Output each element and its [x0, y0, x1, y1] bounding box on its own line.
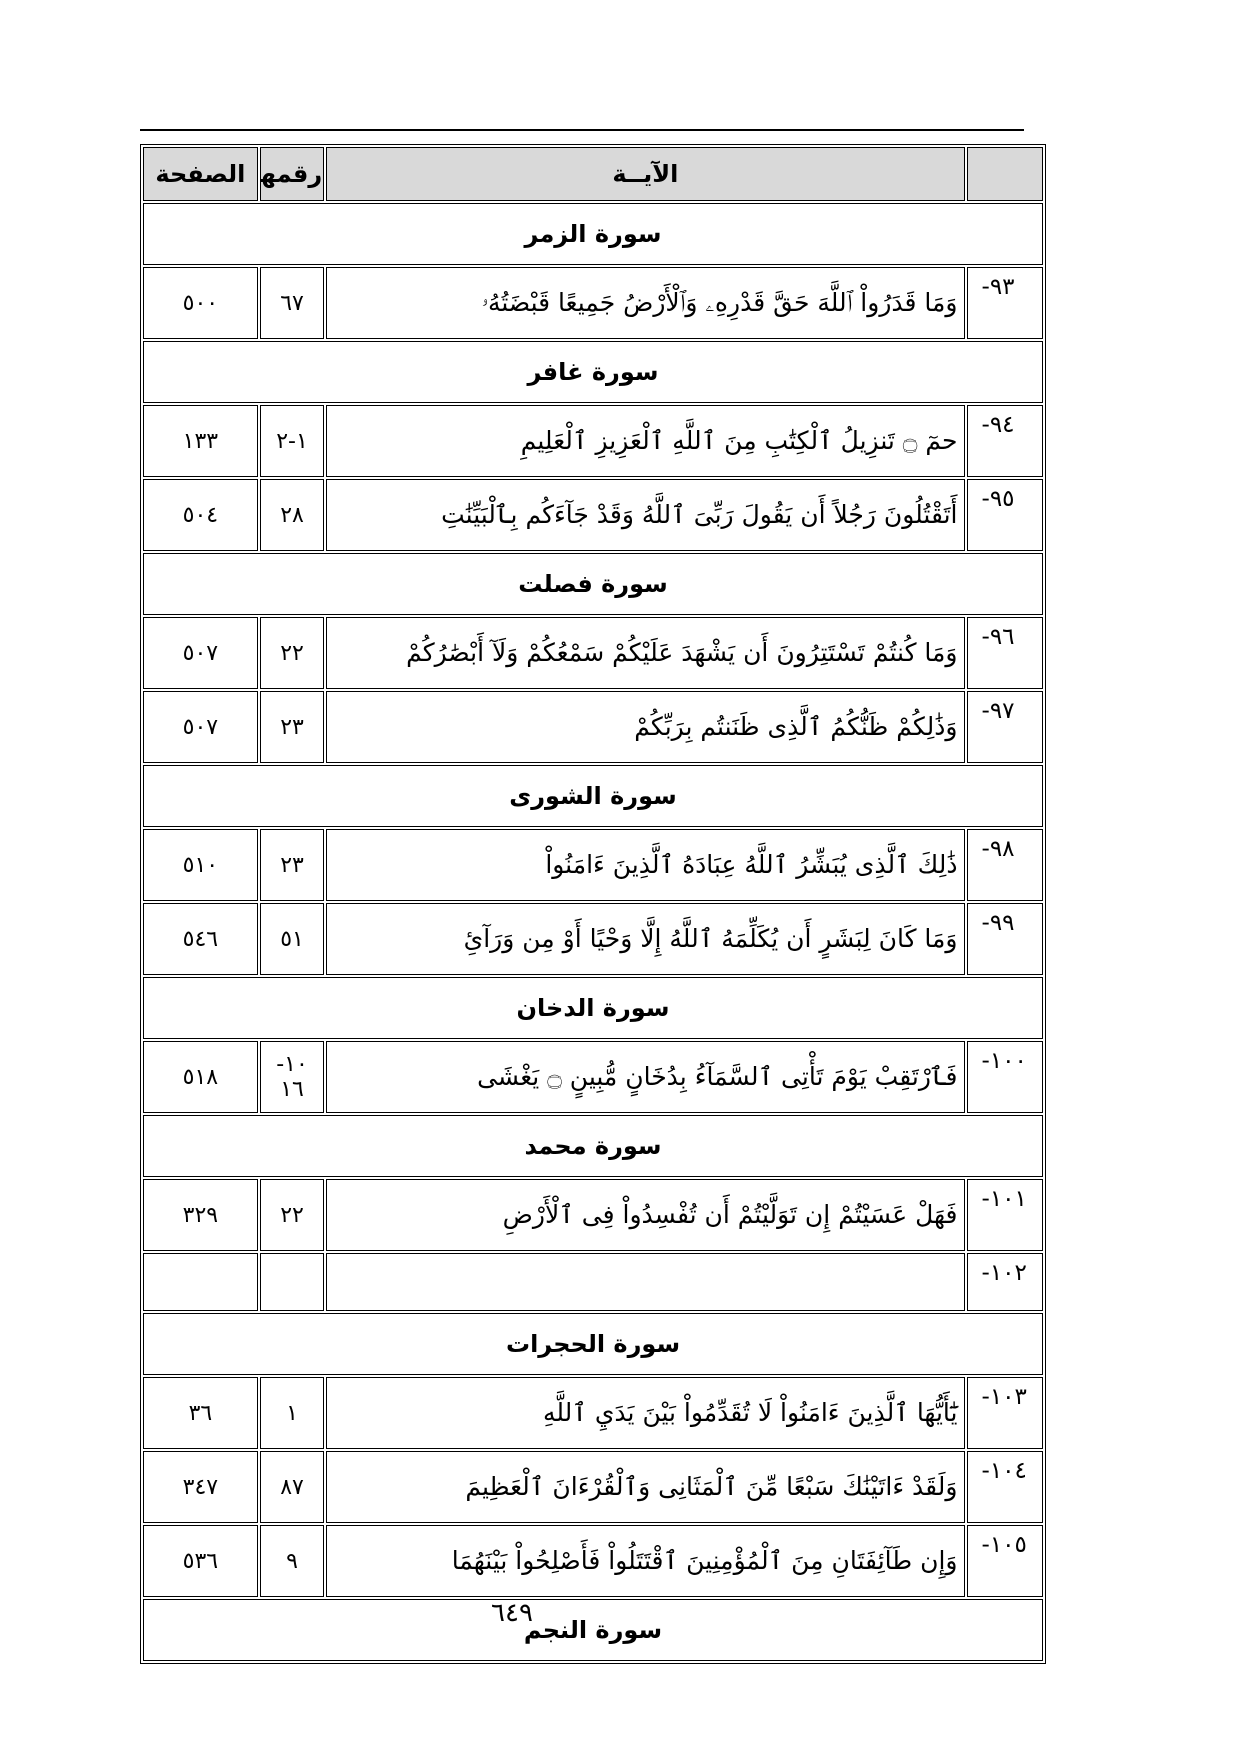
verse-number-cell: ٩	[260, 1525, 324, 1597]
verse-number-cell: ٦٧	[260, 267, 324, 339]
index-table-body: الآيــة رقمها الصفحة سورة الزمر-٩٣وَمَا …	[143, 147, 1043, 1661]
entry-index-cell: -١٠٠	[967, 1041, 1044, 1113]
surah-title: سورة محمد	[143, 1115, 1043, 1177]
verse-number-cell: ٢٣	[260, 829, 324, 901]
page-column-header: الصفحة	[143, 147, 258, 201]
verse-entry-row: -٩٣وَمَا قَدَرُواْ ٱللَّهَ حَقَّ قَدْرِه…	[143, 267, 1043, 339]
page-number-cell: ٥١٨	[143, 1041, 258, 1113]
verse-entry-row: -١٠١فَهَلْ عَسَيْتُمْ إِن تَوَلَّيْتُمْ …	[143, 1179, 1043, 1251]
verse-text-cell: وَمَا قَدَرُواْ ٱللَّهَ حَقَّ قَدْرِهِۦ …	[326, 267, 964, 339]
verse-text-cell	[326, 1253, 964, 1311]
verse-number-cell: ٨٧	[260, 1451, 324, 1523]
page-number-cell: ٥٤٦	[143, 903, 258, 975]
verse-entry-row: -٩٧وَذَٰلِكُمْ ظَنُّكُمُ ٱلَّذِى ظَنَنتُ…	[143, 691, 1043, 763]
verse-entry-row: -١٠٤وَلَقَدْ ءَاتَيْنَٰكَ سَبْعًا مِّنَ …	[143, 1451, 1043, 1523]
surah-section-row: سورة الحجرات	[143, 1313, 1043, 1375]
verse-text-cell: وَذَٰلِكُمْ ظَنُّكُمُ ٱلَّذِى ظَنَنتُم ب…	[326, 691, 964, 763]
verse-text-cell: أَتَقْتُلُونَ رَجُلاً أَن يَقُولَ رَبِّى…	[326, 479, 964, 551]
document-page: الآيــة رقمها الصفحة سورة الزمر-٩٣وَمَا …	[0, 0, 1240, 1754]
entry-index-cell: -٩٨	[967, 829, 1044, 901]
verse-entry-row: -١٠٢	[143, 1253, 1043, 1311]
surah-title: سورة فصلت	[143, 553, 1043, 615]
entry-index-cell: -٩٥	[967, 479, 1044, 551]
verse-text-cell: ذَٰلِكَ ٱلَّذِى يُبَشِّرُ ٱللَّهُ عِبَاد…	[326, 829, 964, 901]
surah-section-row: سورة الزمر	[143, 203, 1043, 265]
verse-number-cell: ٢٣	[260, 691, 324, 763]
page-number-cell	[143, 1253, 258, 1311]
surah-title: سورة الشورى	[143, 765, 1043, 827]
verse-entry-row: -١٠٥وَإِن طَآئِفَتَانِ مِنَ ٱلْمُؤْمِنِي…	[143, 1525, 1043, 1597]
verse-text-cell: وَمَا كَانَ لِبَشَرٍ أَن يُكَلِّمَهُ ٱلل…	[326, 903, 964, 975]
entry-index-cell: -٩٧	[967, 691, 1044, 763]
entry-index-cell: -١٠٣	[967, 1377, 1044, 1449]
footer-page-number: ٦٤٩	[60, 1598, 964, 1628]
page-header-rule	[140, 129, 1024, 131]
surah-title: سورة الحجرات	[143, 1313, 1043, 1375]
surah-title: سورة غافر	[143, 341, 1043, 403]
verse-entry-row: -٩٩وَمَا كَانَ لِبَشَرٍ أَن يُكَلِّمَهُ …	[143, 903, 1043, 975]
page-number-cell: ٥١٠	[143, 829, 258, 901]
entry-index-cell: -١٠٢	[967, 1253, 1044, 1311]
verse-number-cell: ١	[260, 1377, 324, 1449]
verse-text-cell: وَلَقَدْ ءَاتَيْنَٰكَ سَبْعًا مِّنَ ٱلْم…	[326, 1451, 964, 1523]
verse-entry-row: -١٠٠فَٱرْتَقِبْ يَوْمَ تَأْتِى ٱلسَّمَآء…	[143, 1041, 1043, 1113]
verse-number-cell: ١٠- ١٦	[260, 1041, 324, 1113]
verse-entry-row: -٩٤حمٓ ۝ تَنزِيلُ ٱلْكِتَٰبِ مِنَ ٱللَّه…	[143, 405, 1043, 477]
entry-index-cell: -٩٩	[967, 903, 1044, 975]
entry-index-cell: -٩٣	[967, 267, 1044, 339]
page-number-cell: ٥٠٤	[143, 479, 258, 551]
verse-text-cell: وَإِن طَآئِفَتَانِ مِنَ ٱلْمُؤْمِنِينَ ٱ…	[326, 1525, 964, 1597]
surah-title: سورة الزمر	[143, 203, 1043, 265]
entry-index-cell: -١٠١	[967, 1179, 1044, 1251]
page-number-cell: ٥٣٦	[143, 1525, 258, 1597]
surah-section-row: سورة الدخان	[143, 977, 1043, 1039]
verse-number-cell: ٢٢	[260, 1179, 324, 1251]
verse-number-cell: ٢٨	[260, 479, 324, 551]
entry-index-cell: -٩٦	[967, 617, 1044, 689]
verse-column-header: الآيــة	[326, 147, 964, 201]
index-column-header	[967, 147, 1044, 201]
number-column-header: رقمها	[260, 147, 324, 201]
verse-text-cell: يَٰٓأَيُّهَا ٱلَّذِينَ ءَامَنُواْ لَا تُ…	[326, 1377, 964, 1449]
verse-entry-row: -١٠٣يَٰٓأَيُّهَا ٱلَّذِينَ ءَامَنُواْ لَ…	[143, 1377, 1043, 1449]
entry-index-cell: -١٠٥	[967, 1525, 1044, 1597]
verse-number-cell	[260, 1253, 324, 1311]
page-number-cell: ٣٤٧	[143, 1451, 258, 1523]
verse-entry-row: -٩٥أَتَقْتُلُونَ رَجُلاً أَن يَقُولَ رَب…	[143, 479, 1043, 551]
surah-section-row: سورة محمد	[143, 1115, 1043, 1177]
page-number-cell: ٣٢٩	[143, 1179, 258, 1251]
verse-text-cell: فَهَلْ عَسَيْتُمْ إِن تَوَلَّيْتُمْ أَن …	[326, 1179, 964, 1251]
verse-number-cell: ١-٢	[260, 405, 324, 477]
surah-section-row: سورة غافر	[143, 341, 1043, 403]
verse-number-cell: ٢٢	[260, 617, 324, 689]
entry-index-cell: -٩٤	[967, 405, 1044, 477]
surah-section-row: سورة فصلت	[143, 553, 1043, 615]
page-number-cell: ٥٠٠	[143, 267, 258, 339]
page-number-cell: ١٣٣	[143, 405, 258, 477]
page-number-cell: ٣٦	[143, 1377, 258, 1449]
page-number-cell: ٥٠٧	[143, 691, 258, 763]
surah-title: سورة الدخان	[143, 977, 1043, 1039]
verse-entry-row: -٩٨ذَٰلِكَ ٱلَّذِى يُبَشِّرُ ٱللَّهُ عِب…	[143, 829, 1043, 901]
verse-text-cell: فَٱرْتَقِبْ يَوْمَ تَأْتِى ٱلسَّمَآءُ بِ…	[326, 1041, 964, 1113]
surah-section-row: سورة الشورى	[143, 765, 1043, 827]
verse-text-cell: وَمَا كُنتُمْ تَسْتَتِرُونَ أَن يَشْهَدَ…	[326, 617, 964, 689]
verse-index-table: الآيــة رقمها الصفحة سورة الزمر-٩٣وَمَا …	[140, 144, 1046, 1664]
table-header-row: الآيــة رقمها الصفحة	[143, 147, 1043, 201]
verse-entry-row: -٩٦وَمَا كُنتُمْ تَسْتَتِرُونَ أَن يَشْه…	[143, 617, 1043, 689]
verse-number-cell: ٥١	[260, 903, 324, 975]
entry-index-cell: -١٠٤	[967, 1451, 1044, 1523]
page-number-cell: ٥٠٧	[143, 617, 258, 689]
verse-text-cell: حمٓ ۝ تَنزِيلُ ٱلْكِتَٰبِ مِنَ ٱللَّهِ ٱ…	[326, 405, 964, 477]
